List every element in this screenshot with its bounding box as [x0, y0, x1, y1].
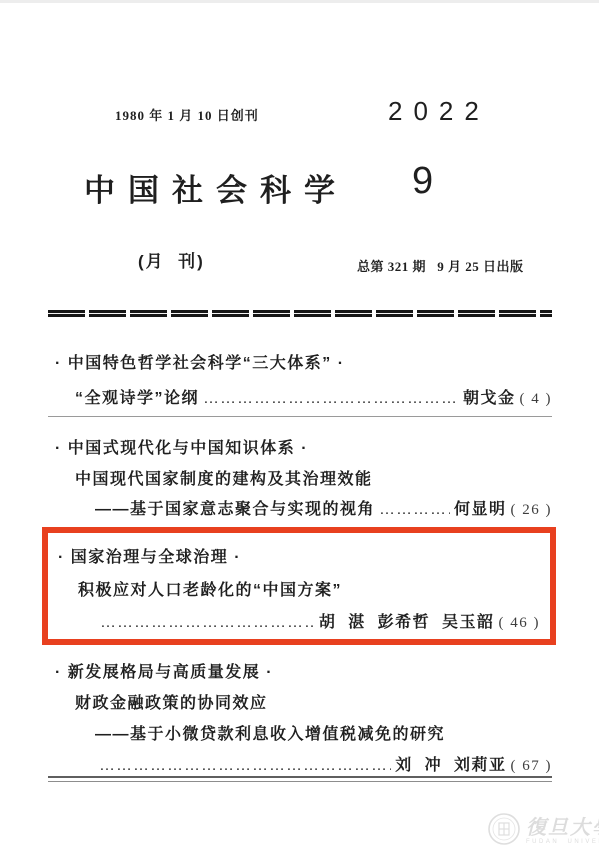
toc-entry: “全观诗学”论纲 ……………………………………………………………………………………: [75, 385, 552, 408]
entry-subtitle: ——基于国家意志聚合与实现的视角: [95, 496, 375, 519]
publication-info: 总第 321 期 9 月 25 日出版: [357, 256, 524, 275]
entry-authors: 朝戈金: [463, 385, 516, 408]
issue-year: 2022: [388, 96, 490, 127]
divider-thick-dashed: [48, 310, 552, 317]
university-seal-icon: [486, 810, 522, 853]
entry-page-number: ( 67 ): [511, 758, 553, 775]
entry-title: 中国现代国家制度的建构及其治理效能: [75, 466, 373, 489]
entry-page-number: ( 4 ): [520, 391, 553, 408]
entry-authors: 胡 湛 彭希哲 吴玉韶: [319, 609, 495, 632]
entry-subtitle: ——基于小微贷款利息收入增值税减免的研究: [95, 721, 445, 744]
issue-number: 9: [412, 160, 433, 203]
page-top-edge: [0, 0, 599, 3]
divider-thin: [48, 416, 552, 417]
journal-title: 中国社会科学: [84, 165, 348, 210]
journal-founded-date: 1980 年 1 月 10 日创刊: [115, 105, 259, 124]
dot-leader: …………………………………………………………………………………………………………: [100, 614, 315, 632]
category-label: · 中国式现代化与中国知识体系 ·: [55, 435, 308, 458]
entry-page-number: ( 26 ): [511, 502, 553, 519]
entry-title: 积极应对人口老龄化的“中国方案”: [78, 577, 342, 600]
category-label: · 中国特色哲学社会科学“三大体系” ·: [55, 350, 345, 373]
entry-page-number: ( 46 ): [499, 615, 541, 632]
dot-leader: …………………………………………………………………………………………………………: [203, 390, 459, 408]
entry-authors: 何显明: [454, 496, 507, 519]
toc-entry: ……………………………………………………………………………………………………………: [96, 609, 540, 632]
divider-double: [48, 776, 552, 782]
monthly-label: (月 刊): [138, 247, 205, 272]
category-label: · 新发展格局与高质量发展 ·: [55, 659, 273, 682]
entry-authors: 刘 冲 刘莉亚: [395, 752, 506, 775]
toc-entry: ——基于国家意志聚合与实现的视角 ………………………………………………………………: [95, 496, 552, 519]
toc-entry: ……………………………………………………………………………………………………………: [95, 752, 552, 775]
watermark-university-subtitle: FUDAN UNIVERSITY: [526, 839, 599, 845]
category-label: · 国家治理与全球治理 ·: [58, 544, 241, 567]
dot-leader: …………………………………………………………………………………………………………: [99, 757, 391, 775]
entry-title: 财政金融政策的协同效应: [75, 690, 268, 713]
university-watermark: 復旦大學 FUDAN UNIVERSITY: [486, 810, 599, 853]
watermark-university-name: 復旦大學: [526, 818, 599, 838]
journal-cover-page: 1980 年 1 月 10 日创刊 2022 中国社会科学 9 (月 刊) 总第…: [0, 0, 599, 855]
dot-leader: …………………………………………………………………………………………………………: [379, 501, 450, 519]
entry-title: “全观诗学”论纲: [75, 385, 199, 408]
